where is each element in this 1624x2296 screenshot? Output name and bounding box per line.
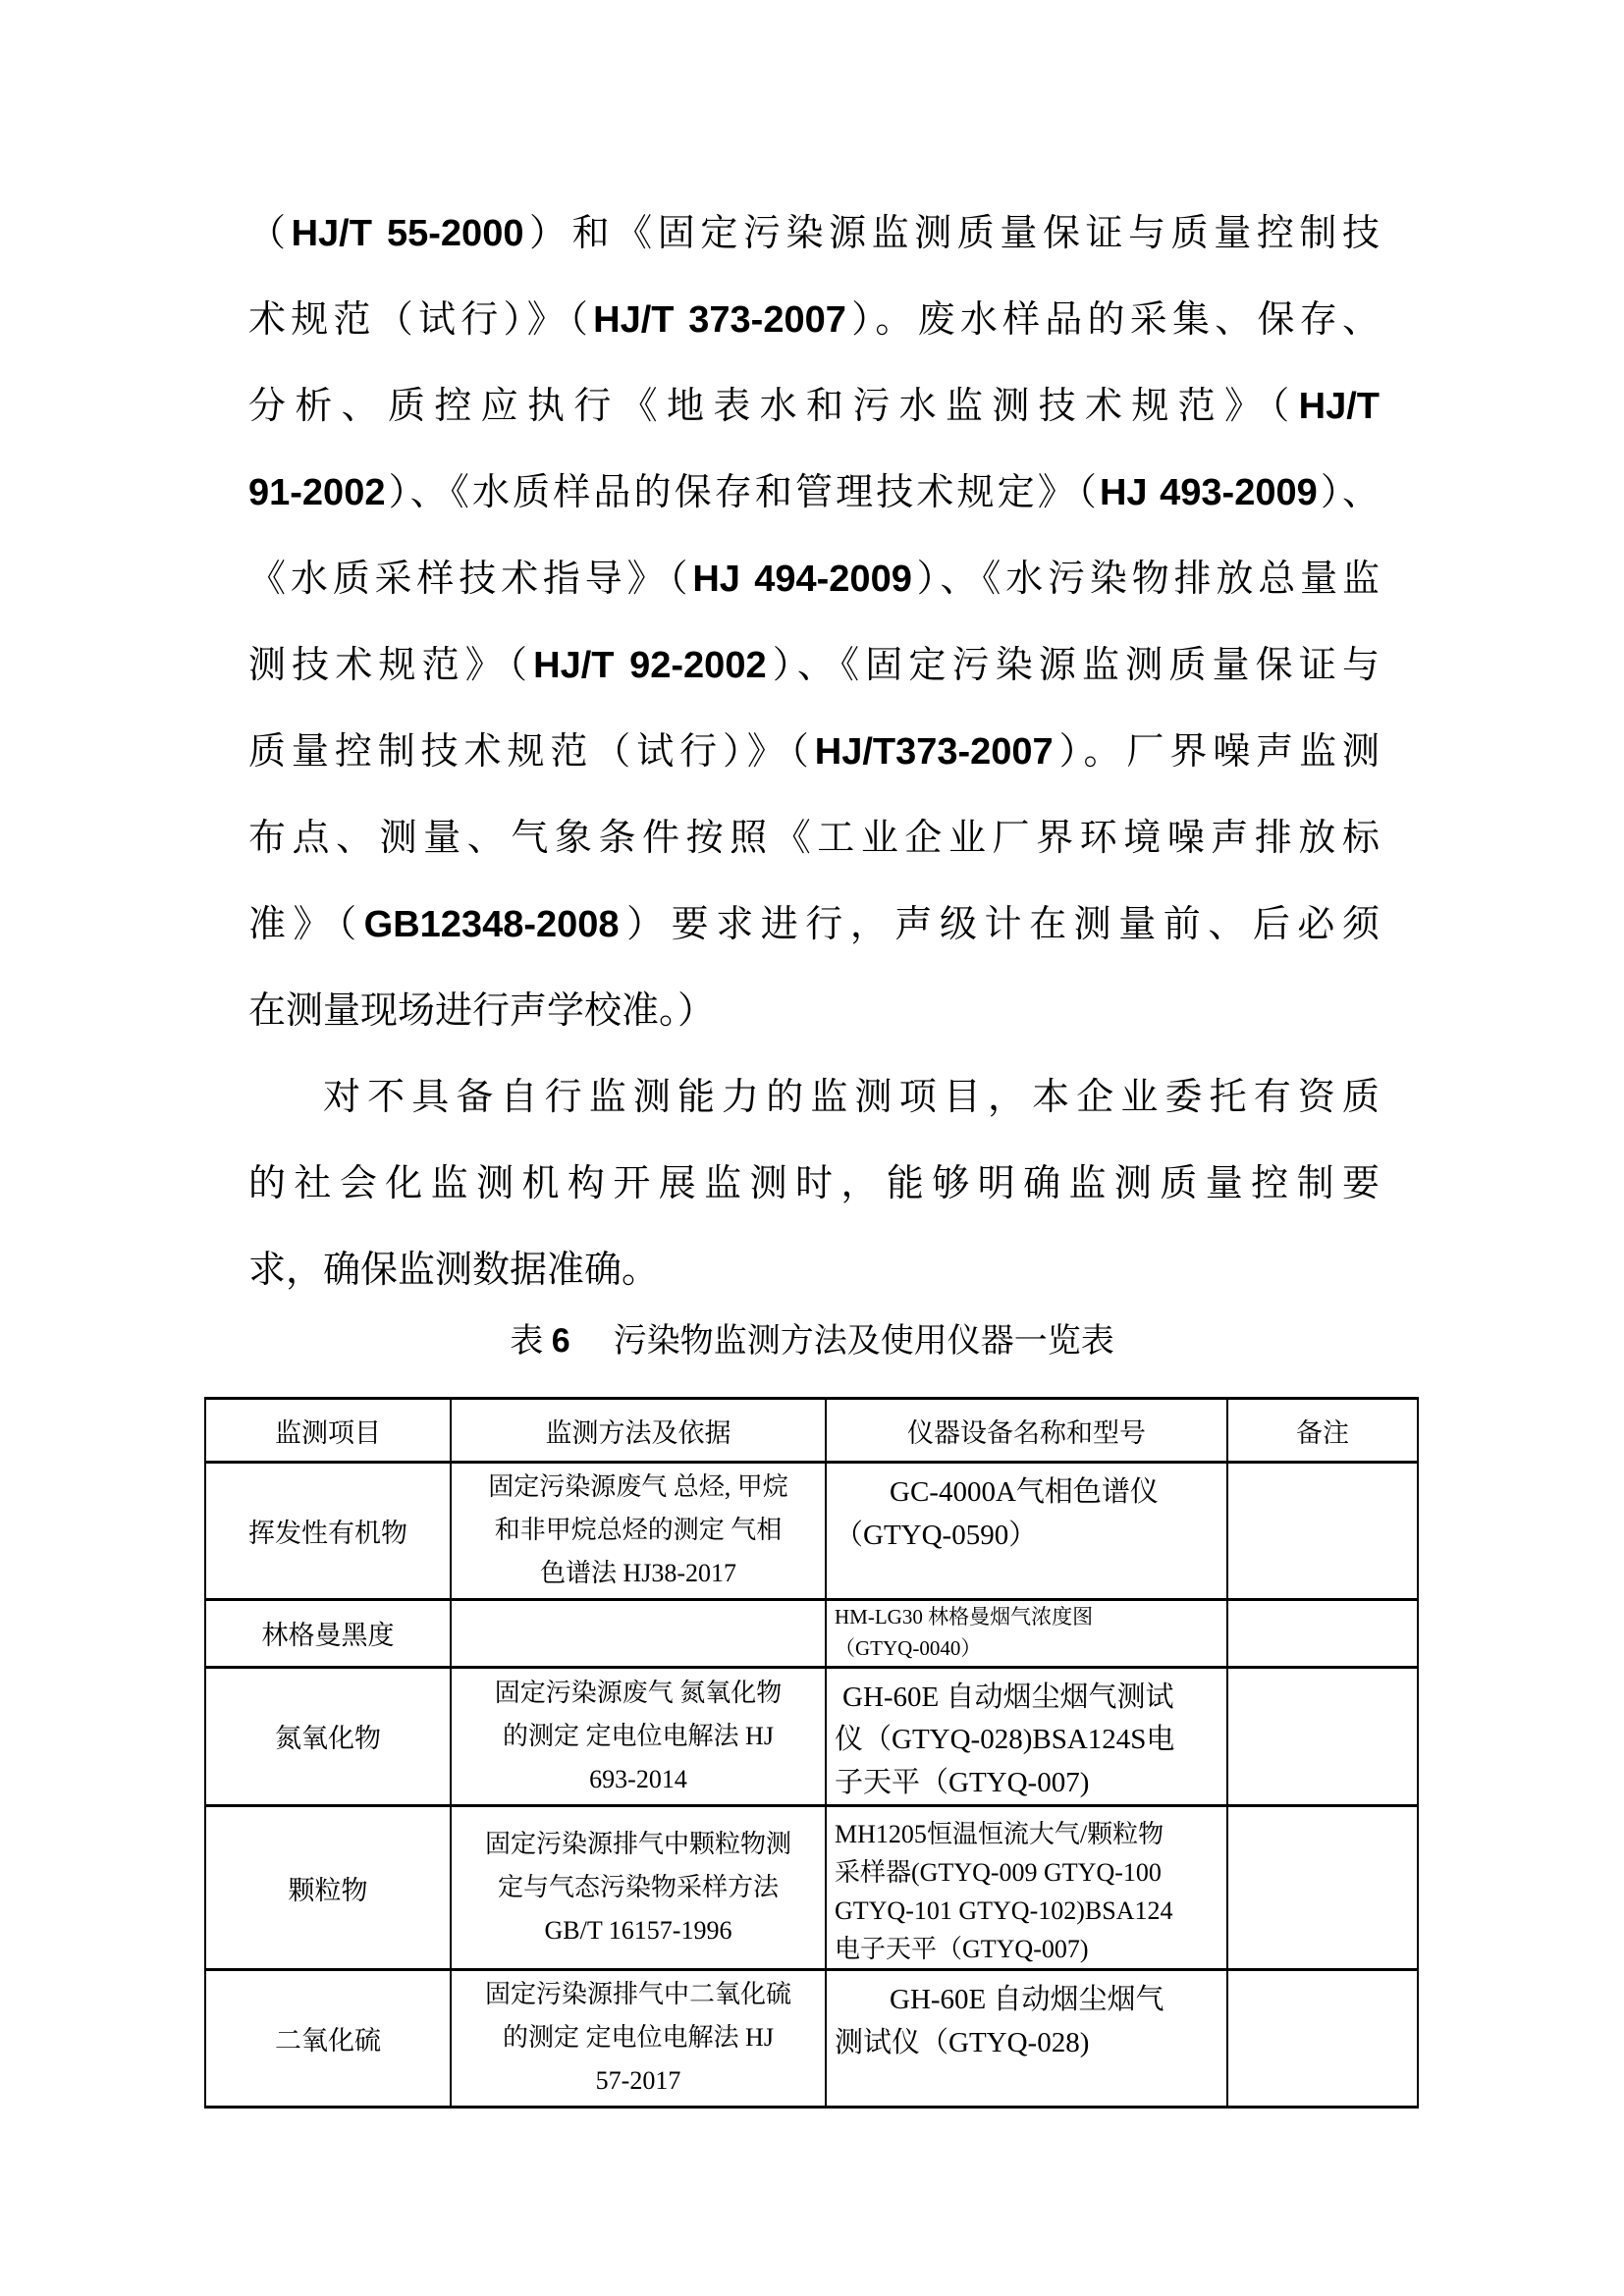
- item-cell: 林格曼黑度: [205, 1599, 451, 1667]
- item-cell: 挥发性有机物: [205, 1463, 451, 1600]
- body-line: 测技术规范》（HJ/T 92-2002）、《固定污染源监测质量保证与: [248, 622, 1380, 709]
- document-page: （HJ/T 55-2000）和《固定污染源监测质量保证与质量控制技 术规范（试行…: [0, 0, 1624, 2296]
- item-cell: 二氧化硫: [205, 1970, 451, 2108]
- body-line: 对不具备自行监测能力的监测项目，本企业委托有资质: [248, 1054, 1380, 1141]
- instrument-cell: GC-4000A气相色谱仪 （GTYQ-0590）: [826, 1463, 1227, 1600]
- body-line: 在测量现场进行声学校准。）: [248, 968, 1380, 1054]
- remark-cell: [1227, 1599, 1418, 1667]
- header-cell-instrument: 仪器设备名称和型号: [826, 1399, 1227, 1463]
- instrument-cell: GH-60E 自动烟尘烟气 测试仪（GTYQ-028): [826, 1970, 1227, 2108]
- header-cell-item: 监测项目: [205, 1399, 451, 1463]
- remark-cell: [1227, 1463, 1418, 1600]
- table-caption-label: 表 6: [510, 1323, 569, 1360]
- table-row: 颗粒物 固定污染源排气中颗粒物测 定与气态污染物采样方法 GB/T 16157-…: [205, 1806, 1418, 1970]
- body-line: 91-2002）、《水质样品的保存和管理技术规定》（HJ 493-2009）、: [248, 450, 1380, 536]
- method-cell: 固定污染源废气 氮氧化物 的测定 定电位电解法 HJ 693-2014: [451, 1667, 826, 1806]
- paragraph: 对不具备自行监测能力的监测项目，本企业委托有资质 的社会化监测机构开展监测时，能…: [248, 1054, 1380, 1313]
- document-body: （HJ/T 55-2000）和《固定污染源监测质量保证与质量控制技 术规范（试行…: [248, 190, 1380, 1313]
- table-header-row: 监测项目 监测方法及依据 仪器设备名称和型号 备注: [205, 1399, 1418, 1463]
- method-cell: [451, 1599, 826, 1667]
- item-cell: 颗粒物: [205, 1806, 451, 1970]
- body-line: 质量控制技术规范（试行）》（HJ/T373-2007）。厂界噪声监测: [248, 709, 1380, 795]
- instrument-cell: MH1205恒温恒流大气/颗粒物 采样器(GTYQ-009 GTYQ-100 G…: [826, 1806, 1227, 1970]
- method-cell: 固定污染源排气中颗粒物测 定与气态污染物采样方法 GB/T 16157-1996: [451, 1806, 826, 1970]
- paragraph: （HJ/T 55-2000）和《固定污染源监测质量保证与质量控制技 术规范（试行…: [248, 190, 1380, 1054]
- remark-cell: [1227, 1970, 1418, 2108]
- monitoring-methods-table: 监测项目 监测方法及依据 仪器设备名称和型号 备注 挥发性有机物 固定污染源废气…: [204, 1397, 1419, 2109]
- table-row: 挥发性有机物 固定污染源废气 总烃, 甲烷 和非甲烷总烃的测定 气相 色谱法 H…: [205, 1463, 1418, 1600]
- table-row: 氮氧化物 固定污染源废气 氮氧化物 的测定 定电位电解法 HJ 693-2014…: [205, 1667, 1418, 1806]
- item-cell: 氮氧化物: [205, 1667, 451, 1806]
- table-row: 二氧化硫 固定污染源排气中二氧化硫 的测定 定电位电解法 HJ 57-2017 …: [205, 1970, 1418, 2108]
- body-line: 的社会化监测机构开展监测时，能够明确监测质量控制要: [248, 1141, 1380, 1227]
- instrument-cell: GH-60E 自动烟尘烟气测试 仪（GTYQ-028)BSA124S电 子天平（…: [826, 1667, 1227, 1806]
- body-line: 布点、测量、气象条件按照《工业企业厂界环境噪声排放标: [248, 795, 1380, 881]
- body-line: 《水质采样技术指导》（HJ 494-2009）、《水污染物排放总量监: [248, 536, 1380, 622]
- method-cell: 固定污染源废气 总烃, 甲烷 和非甲烷总烃的测定 气相 色谱法 HJ38-201…: [451, 1463, 826, 1600]
- instrument-cell: HM-LG30 林格曼烟气浓度图 （GTYQ-0040）: [826, 1599, 1227, 1667]
- body-line: 术规范（试行）》（HJ/T 373-2007）。废水样品的采集、保存、: [248, 277, 1380, 363]
- body-line: 分析、质控应执行《地表水和污水监测技术规范》（HJ/T: [248, 363, 1380, 450]
- table-row: 林格曼黑度 HM-LG30 林格曼烟气浓度图 （GTYQ-0040）: [205, 1599, 1418, 1667]
- body-line: 准》（GB12348-2008）要求进行，声级计在测量前、后必须: [248, 881, 1380, 968]
- header-cell-method: 监测方法及依据: [451, 1399, 826, 1463]
- body-line: 求，确保监测数据准确。: [248, 1227, 1380, 1313]
- table-caption: 表 6污染物监测方法及使用仪器一览表: [0, 1309, 1624, 1374]
- method-cell: 固定污染源排气中二氧化硫 的测定 定电位电解法 HJ 57-2017: [451, 1970, 826, 2108]
- table-caption-title: 污染物监测方法及使用仪器一览表: [614, 1323, 1114, 1360]
- header-cell-remark: 备注: [1227, 1399, 1418, 1463]
- remark-cell: [1227, 1667, 1418, 1806]
- body-line: （HJ/T 55-2000）和《固定污染源监测质量保证与质量控制技: [248, 190, 1380, 277]
- remark-cell: [1227, 1806, 1418, 1970]
